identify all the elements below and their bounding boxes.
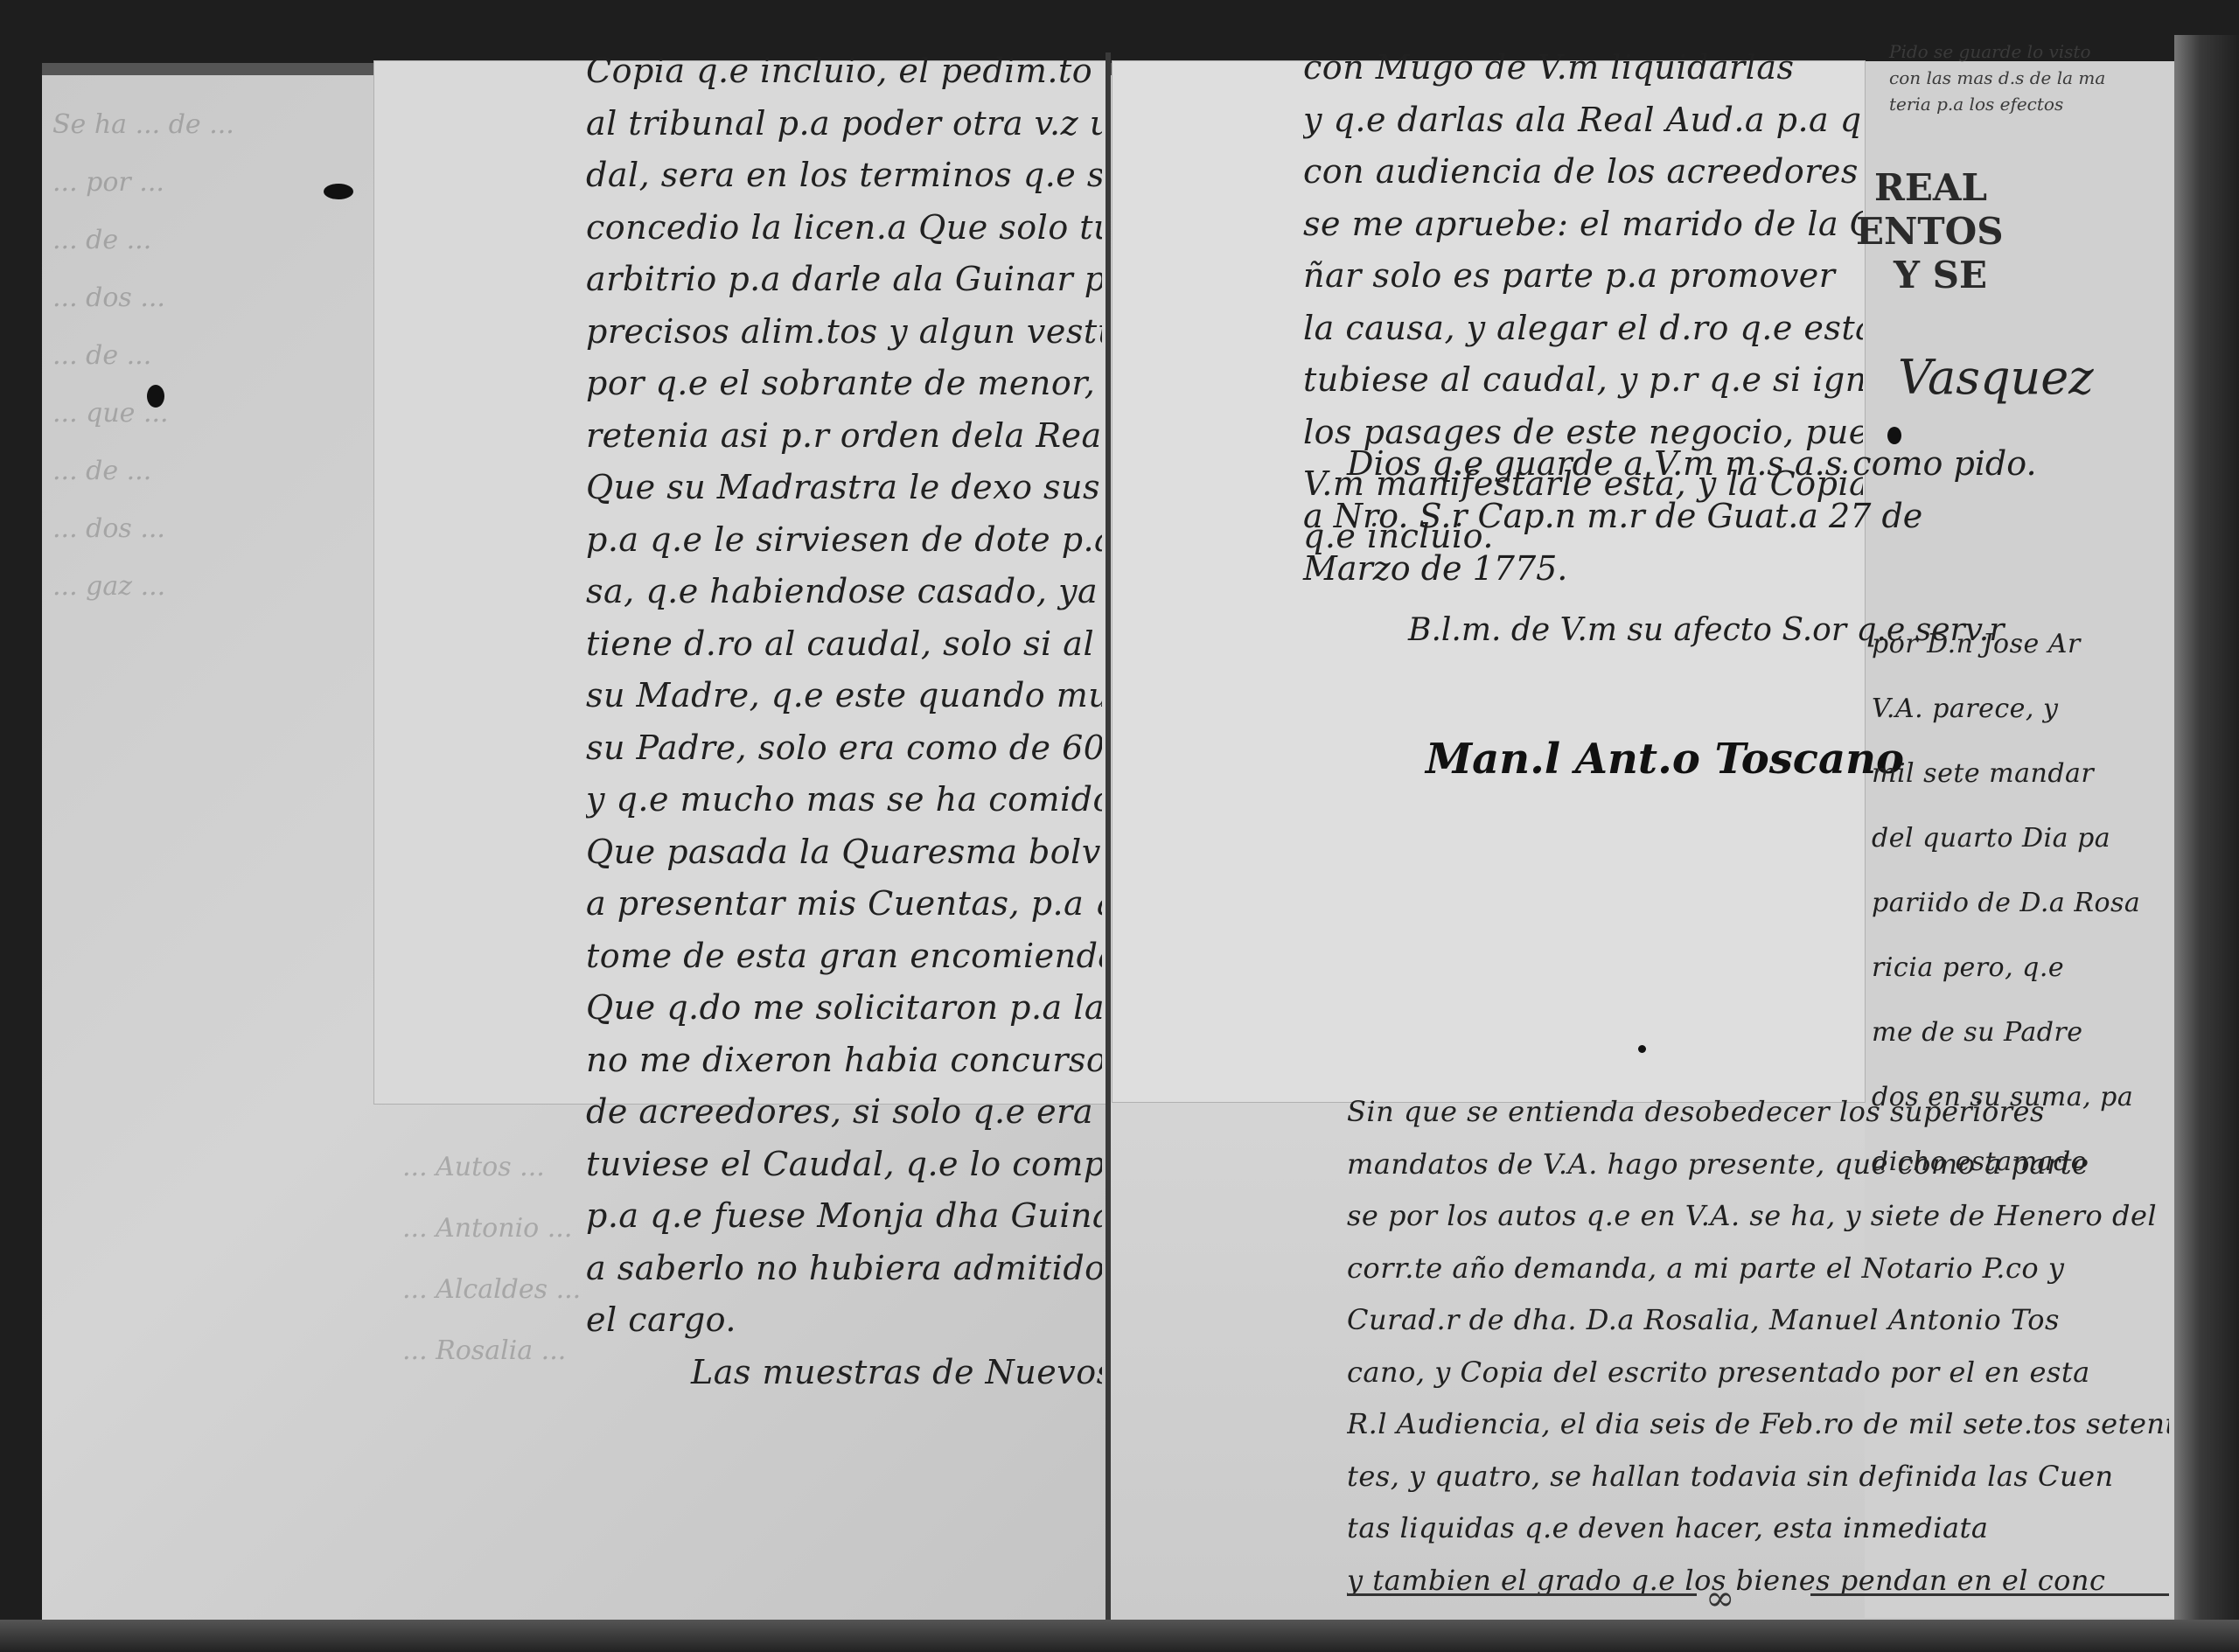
- manuscript-line: sa, q.e habiendose casado, ya no: [586, 566, 1102, 618]
- manuscript-line: ñar solo es parte p.a promover: [1303, 250, 1863, 303]
- scan-bottom-border: [0, 1620, 2239, 1652]
- manuscript-line: a saberlo no hubiera admitido: [586, 1243, 1102, 1295]
- closing-rule-left: [1347, 1593, 1697, 1596]
- manuscript-line: y tambien el grado q.e los bienes pendan…: [1347, 1555, 2169, 1607]
- manuscript-line: su Padre, solo era como de 600 p.s: [586, 722, 1102, 775]
- manuscript-line: el cargo.: [586, 1294, 1102, 1347]
- manuscript-line: retenia asi p.r orden dela Real Aud.a: [586, 410, 1102, 463]
- manuscript-line: del quarto Dia pa: [1872, 806, 2169, 871]
- manuscript-line: tome de esta gran encomienda: [586, 931, 1102, 983]
- manuscript-line: corr.te año demanda, a mi parte el Notar…: [1347, 1243, 2169, 1295]
- manuscript-line: por q.e el sobrante de menor, se lo: [586, 358, 1102, 410]
- stamp-line: ENTOS: [1856, 210, 1987, 254]
- closing-line: a Nro. S.r Cap.n m.r de Guat.a 27 de: [1303, 490, 2037, 542]
- closing-line: Dios q.e guarde a V.m m.s a.s como pido.: [1303, 437, 2037, 490]
- manuscript-line: cano, y Copia del escrito presentado por…: [1347, 1347, 2169, 1399]
- manuscript-line: V.A. parece, y: [1872, 677, 2169, 742]
- printed-margin-note: Pido se guarde lo visto con las mas d.s …: [1889, 38, 2169, 117]
- manuscript-line: p.a q.e le sirviesen de dote p.a Religio: [586, 514, 1102, 567]
- manuscript-line: Las muestras de Nuevos sol: [586, 1347, 1102, 1399]
- manuscript-line: pariido de D.a Rosa: [1872, 871, 2169, 936]
- manuscript-line: tes, y quatro, se hallan todavia sin def…: [1347, 1451, 2169, 1503]
- manuscript-line: y q.e darlas ala Real Aud.a p.a que: [1303, 94, 1863, 147]
- right-page-bottom-text: Sin que se entienda desobedecer los supe…: [1347, 1086, 2169, 1607]
- manuscript-line: a presentar mis Cuentas, p.a que: [586, 878, 1102, 931]
- manuscript-line: ricia pero, q.e: [1872, 936, 2169, 1000]
- manuscript-line: se por los autos q.e en V.A. se ha, y si…: [1347, 1190, 2169, 1243]
- ink-blot: [1887, 427, 1901, 444]
- ink-blot: [1638, 1045, 1646, 1053]
- manuscript-line: Copia q.e incluio, el pedim.to q.e hize: [586, 45, 1102, 98]
- manuscript-line: Curad.r de dha. D.a Rosalia, Manuel Anto…: [1347, 1294, 2169, 1347]
- manuscript-line: concedio la licen.a Que solo tube: [586, 202, 1102, 254]
- scan-right-border: [2174, 35, 2239, 1652]
- manuscript-line: la causa, y alegar el d.ro q.e esta: [1303, 303, 1863, 355]
- manuscript-line: Que su Madrastra le dexo sus bienes: [586, 462, 1102, 514]
- marginal-signature: Vasquez: [1898, 350, 2094, 405]
- manuscript-line: R.l Audiencia, el dia seis de Feb.ro de …: [1347, 1398, 2169, 1451]
- left-faded-marginal-text: Se ha ... de ... ... por ... ... de ... …: [52, 96, 367, 616]
- manuscript-line: mil sete mandar: [1872, 742, 2169, 806]
- manuscript-line: Sin que se entienda desobedecer los supe…: [1347, 1086, 2169, 1139]
- manuscript-line: arbitrio p.a darle ala Guinar p.a: [586, 254, 1102, 306]
- ink-blot: [147, 385, 164, 408]
- manuscript-line: se me apruebe: el marido de la Gui: [1303, 199, 1863, 251]
- flourish-icon: ∞: [1705, 1579, 1734, 1619]
- manuscript-line: no me dixeron habia concurso: [586, 1035, 1102, 1087]
- manuscript-line: por D.n Jose Ar: [1872, 612, 2169, 677]
- book-gutter: [1106, 52, 1111, 1627]
- manuscript-line: tubiese al caudal, y p.r q.e si ignora: [1303, 354, 1863, 407]
- ink-blot: [324, 184, 353, 199]
- manuscript-line: mandatos de V.A. hago presente, que como…: [1347, 1139, 2169, 1191]
- manuscript-line: al tribunal p.a poder otra v.z usar del …: [586, 98, 1102, 150]
- signature: Man.l Ant.o Toscano: [1426, 735, 1904, 784]
- margin-note-line: Pido se guarde lo visto: [1889, 38, 2169, 65]
- stamp-line: REAL: [1856, 166, 1987, 210]
- manuscript-line: tuviese el Caudal, q.e lo compusiese: [586, 1139, 1102, 1191]
- manuscript-line: dal, sera en los terminos q.e se me: [586, 150, 1102, 202]
- margin-note-line: con las mas d.s de la ma: [1889, 65, 2169, 91]
- stamp-line: Y SE: [1856, 254, 1987, 297]
- manuscript-line: de acreedores, si solo q.e era p.a q.e y…: [586, 1086, 1102, 1139]
- manuscript-line: con audiencia de los acreedores: [1303, 146, 1863, 199]
- margin-note-line: teria p.a los efectos: [1889, 91, 2169, 117]
- manuscript-line: y q.e mucho mas se ha comido: [586, 774, 1102, 826]
- closing-formula: Dios q.e guarde a V.m m.s a.s como pido.…: [1303, 437, 2037, 595]
- manuscript-line: Que pasada la Quaresma bolvere: [586, 826, 1102, 879]
- left-slip-text: Copia q.e incluio, el pedim.to q.e hize …: [586, 45, 1102, 1398]
- manuscript-line: tiene d.ro al caudal, solo si al de: [586, 618, 1102, 671]
- manuscript-line: me de su Padre: [1872, 1000, 2169, 1065]
- date-line: Marzo de 1775.: [1303, 542, 2037, 595]
- manuscript-line: con Mugo de V.m liquidarlas: [1303, 42, 1863, 94]
- manuscript-line: Que q.do me solicitaron p.a la tutela: [586, 982, 1102, 1035]
- stamped-paper-seal: REAL ENTOS Y SE: [1856, 166, 1987, 297]
- manuscript-line: p.a q.e fuese Monja dha Guinar, y: [586, 1190, 1102, 1243]
- manuscript-line: su Madre, q.e este quando murio: [586, 670, 1102, 722]
- manuscript-line: tas liquidas q.e deven hacer, esta inmed…: [1347, 1502, 2169, 1555]
- manuscript-line: precisos alim.tos y algun vestuario: [586, 306, 1102, 359]
- closing-rule-right: [1810, 1593, 2169, 1596]
